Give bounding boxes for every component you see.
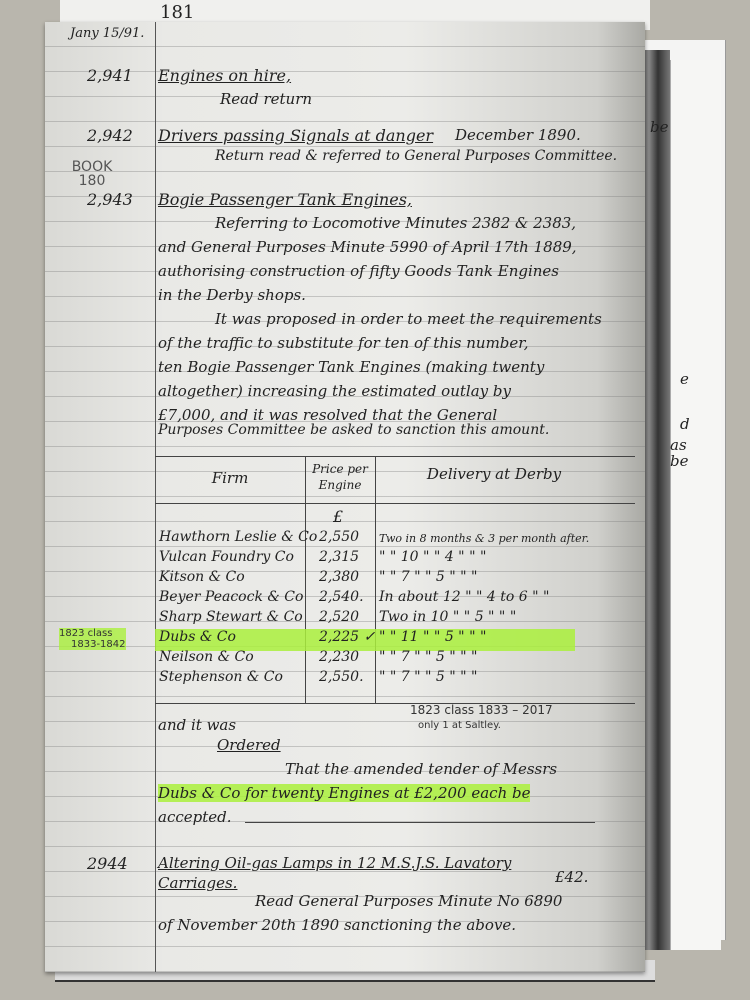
minute-number: 2,941 [87,66,133,85]
minute-body: of November 20th 1890 sanctioning the ab… [158,916,516,934]
column-header-firm: Firm [155,469,305,487]
table-row: Sharp Stewart & Co 2,520 Two in 10 " " 5… [155,609,635,631]
minute-heading-cont: Carriages. [158,874,237,892]
edge-fragment: be [670,452,688,470]
minute-number: 2944 [87,854,128,873]
edge-fragment: d [680,415,690,433]
column-header-price: Price per Engine [307,461,373,493]
edge-fragment: e [680,370,689,388]
table-row: Beyer Peacock & Co 2,540. In about 12 " … [155,589,635,611]
table-row-highlighted: Dubs & Co 2,225 ✓ " " 11 " " 5 " " " [155,629,575,651]
edge-fragment: be [650,118,668,136]
minute-body-line: ten Bogie Passenger Tank Engines (making… [158,358,544,376]
ordered-label: Ordered [217,736,281,754]
folio-number: 181 [160,2,194,23]
currency-symbol: £ [333,507,343,526]
minute-body-line: authorising construction of fifty Goods … [158,262,559,280]
minute-number: 2,943 [87,190,133,209]
resolution-text-highlighted: Dubs & Co for twenty Engines at £2,200 e… [158,784,530,802]
table-row: Vulcan Foundry Co 2,315 " " 10 " " 4 " "… [155,549,635,571]
minute-amount: £42. [555,868,588,886]
minute-body-line: of the traffic to substitute for ten of … [158,334,529,352]
table-row: Kitson & Co 2,380 " " 7 " " 5 " " " [155,569,635,591]
minute-heading: Altering Oil-gas Lamps in 12 M.S.J.S. La… [158,854,511,872]
pencil-annotation: 1823 class 1833 – 2017 only 1 at Saltley… [410,702,553,734]
minute-body-line: Referring to Locomotive Minutes 2382 & 2… [215,214,576,232]
minute-body-line: It was proposed in order to meet the req… [215,310,602,328]
resolution-text: accepted. [158,808,232,826]
minute-body: Return read & referred to General Purpos… [215,148,617,164]
minute-body-line: Purposes Committee be asked to sanction … [158,422,549,438]
tenders-table: Firm Price per Engine Delivery at Derby … [155,456,635,704]
table-row: Hawthorn Leslie & Co 2,550 Two in 8 mont… [155,529,635,551]
minute-heading-date: December 1890. [455,126,581,144]
background-paper-far-right [670,60,721,950]
minute-body: Read General Purposes Minute No 6890 [255,892,562,910]
resolution-text: That the amended tender of Messrs [285,760,557,778]
minute-heading: Engines on hire, [158,66,291,85]
minute-heading: Drivers passing Signals at danger [158,126,433,145]
column-header-delivery: Delivery at Derby [379,465,609,483]
table-row: Stephenson & Co 2,550. " " 7 " " 5 " " " [155,669,635,691]
book-reference-note: BOOK 180 [67,160,117,188]
minute-body-line: in the Derby shops. [158,286,306,304]
minute-heading: Bogie Passenger Tank Engines, [158,190,412,209]
minute-body-line: altogether) increasing the estimated out… [158,382,511,400]
minute-body: Read return [220,90,312,108]
minute-number: 2,942 [87,126,133,145]
resolution-intro: and it was [158,716,236,734]
closing-rule [245,822,595,823]
entry-date: Jany 15/91. [70,26,144,41]
minute-book-page: Jany 15/91. 2,941 Engines on hire, Read … [45,22,645,972]
class-margin-note: 1823 class 1833-1842 [59,628,126,650]
minute-body-line: and General Purposes Minute 5990 of Apri… [158,238,577,256]
table-row: Neilson & Co 2,230 " " 7 " " 5 " " " [155,649,635,671]
